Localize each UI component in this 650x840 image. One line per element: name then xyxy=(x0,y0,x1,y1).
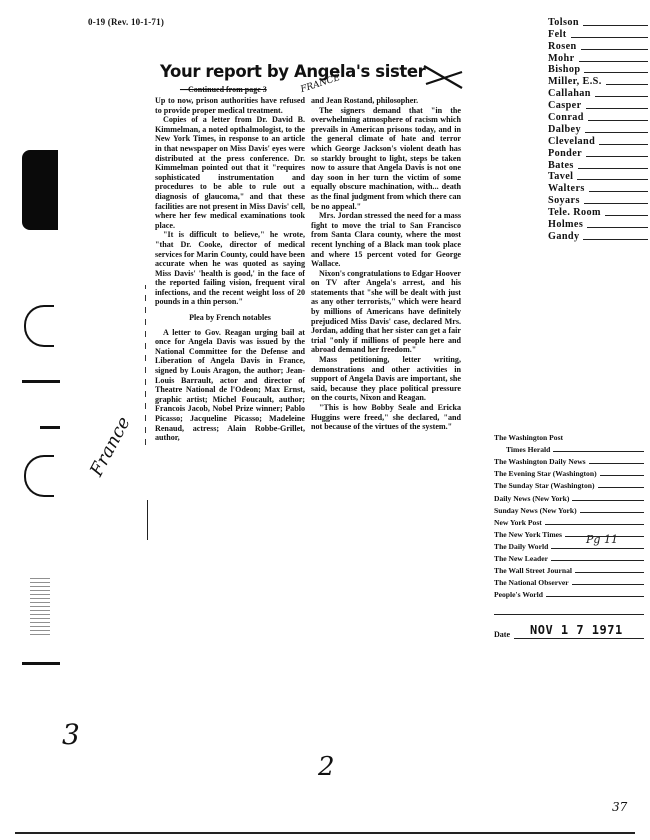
newspaper-name: The Sunday Star (Washington) xyxy=(494,481,595,490)
entry-line xyxy=(583,25,648,26)
newspaper-item: The Wall Street Journal xyxy=(494,563,644,575)
entry-line xyxy=(575,572,644,573)
newspaper-item: Sunday News (New York) xyxy=(494,503,644,515)
routing-name: Tavel xyxy=(548,171,573,182)
article-paragraph: Nixon's congratulations to Edgar Hoover … xyxy=(311,269,461,355)
newspaper-name: The Evening Star (Washington) xyxy=(494,469,597,478)
date-line: NOV 1 7 1971 xyxy=(514,624,644,639)
routing-item: Rosen xyxy=(548,40,648,52)
scan-noise xyxy=(30,575,50,635)
entry-line xyxy=(577,179,648,180)
entry-line xyxy=(581,49,648,50)
newspaper-item: The National Observer xyxy=(494,575,644,587)
routing-name: Holmes xyxy=(548,219,583,230)
entry-line xyxy=(545,524,644,525)
entry-line xyxy=(599,144,648,145)
article-paragraph: The signers demand that "in the overwhel… xyxy=(311,106,461,212)
entry-line xyxy=(600,475,644,476)
article-headline: Your report by Angela's sister xyxy=(160,62,425,81)
entry-line xyxy=(605,215,648,216)
handwritten-number-3: 3 xyxy=(62,718,80,751)
routing-name: Miller, E.S. xyxy=(548,76,602,87)
routing-item: Conrad xyxy=(548,111,648,123)
newspaper-name: The Washington Daily News xyxy=(494,457,586,466)
article-paragraph: Mrs. Jordan stressed the need for a mass… xyxy=(311,211,461,269)
date-label: Date xyxy=(494,630,510,639)
binder-rule xyxy=(40,426,60,429)
binder-rule xyxy=(22,662,60,665)
handwritten-page-note: Pg 11 xyxy=(586,533,618,546)
routing-item: Bates xyxy=(548,159,648,171)
clipping-edge xyxy=(145,285,146,445)
routing-list: TolsonFeltRosenMohrBishopMiller, E.S.Cal… xyxy=(548,16,648,242)
routing-name: Felt xyxy=(548,29,567,40)
routing-item: Miller, E.S. xyxy=(548,75,648,87)
routing-name: Tolson xyxy=(548,17,579,28)
routing-item: Dalbey xyxy=(548,123,648,135)
routing-name: Bates xyxy=(548,160,574,171)
routing-item: Felt xyxy=(548,28,648,40)
entry-line xyxy=(598,487,644,488)
handwritten-number-2: 2 xyxy=(318,752,335,782)
routing-item: Soyars xyxy=(548,194,648,206)
routing-name: Bishop xyxy=(548,64,580,75)
routing-name: Casper xyxy=(548,100,582,111)
newspaper-item: Times Herald xyxy=(494,442,644,454)
entry-line xyxy=(606,84,648,85)
column-2-top-line: and Jean Rostand, philosopher. xyxy=(311,96,461,106)
routing-name: Mohr xyxy=(548,53,575,64)
routing-name: Conrad xyxy=(548,112,584,123)
newspaper-item: The Washington Post xyxy=(494,430,644,442)
newspaper-item: The New York Times xyxy=(494,527,644,539)
routing-name: Cleveland xyxy=(548,136,595,147)
article-subhead: Plea by French notables xyxy=(155,313,305,323)
entry-line xyxy=(589,463,644,464)
routing-name: Walters xyxy=(548,183,585,194)
newspaper-name: The Wall Street Journal xyxy=(494,566,572,575)
newspaper-name: Sunday News (New York) xyxy=(494,506,577,515)
entry-line xyxy=(578,168,648,169)
routing-name: Dalbey xyxy=(548,124,581,135)
routing-item: Holmes xyxy=(548,218,648,230)
entry-line xyxy=(586,156,648,157)
clipping-edge xyxy=(147,500,148,540)
binder-ring-icon xyxy=(24,455,54,497)
routing-item: Walters xyxy=(548,182,648,194)
entry-line xyxy=(572,584,644,585)
entry-line xyxy=(584,203,648,204)
page-bottom-rule xyxy=(15,832,635,834)
entry-line xyxy=(584,72,648,73)
article-paragraph: Mass petitioning, letter writing, demons… xyxy=(311,355,461,403)
newspaper-name: The National Observer xyxy=(494,578,569,587)
routing-name: Callahan xyxy=(548,88,591,99)
newspaper-name: The New York Times xyxy=(494,530,562,539)
article-column-2: and Jean Rostand, philosopher. The signe… xyxy=(311,96,461,432)
article-paragraph: Copies of a letter from Dr. David B. Kim… xyxy=(155,115,305,230)
article-paragraph: "It is difficult to believe," he wrote, … xyxy=(155,230,305,307)
newspaper-item: Daily News (New York) xyxy=(494,490,644,502)
newspaper-name: The New Leader xyxy=(494,554,548,563)
routing-item: Ponder xyxy=(548,147,648,159)
entry-line xyxy=(595,96,648,97)
date-row: Date NOV 1 7 1971 xyxy=(494,624,644,639)
newspaper-item: The Washington Daily News xyxy=(494,454,644,466)
pen-strike-icon xyxy=(422,62,466,92)
binder-ring-icon xyxy=(24,305,54,347)
routing-item: Tele. Room xyxy=(548,206,648,218)
entry-line xyxy=(587,227,648,228)
newspaper-item: The Daily WorldPg 11 xyxy=(494,539,644,551)
routing-item: Tavel xyxy=(548,171,648,183)
form-number: 0-19 (Rev. 10-1-71) xyxy=(88,17,164,27)
entry-line xyxy=(579,61,649,62)
routing-item: Callahan xyxy=(548,87,648,99)
blank-entry-line xyxy=(494,614,644,615)
article-column-1: Up to now, prison authorities have refus… xyxy=(155,96,305,443)
entry-line xyxy=(571,37,648,38)
newspaper-name: New York Post xyxy=(494,518,542,527)
entry-line xyxy=(553,451,644,452)
routing-item: Mohr xyxy=(548,52,648,64)
newspaper-item: The New Leader xyxy=(494,551,644,563)
handwritten-number-37: 37 xyxy=(612,800,627,814)
newspaper-item: People's World xyxy=(494,587,644,599)
routing-name: Ponder xyxy=(548,148,582,159)
newspaper-list: The Washington Post Times Herald The Was… xyxy=(494,430,644,599)
entry-line xyxy=(585,132,648,133)
newspaper-name: People's World xyxy=(494,590,543,599)
newspaper-name: The Daily World xyxy=(494,542,548,551)
routing-item: Tolson xyxy=(548,16,648,28)
entry-line xyxy=(572,500,644,501)
newspaper-item: The Evening Star (Washington) xyxy=(494,466,644,478)
continued-from-label: —Continued from page 3 xyxy=(180,85,267,94)
newspaper-item: New York Post xyxy=(494,515,644,527)
routing-item: Casper xyxy=(548,99,648,111)
routing-item: Cleveland xyxy=(548,135,648,147)
entry-line xyxy=(580,512,644,513)
handwritten-france: France xyxy=(86,413,135,480)
article-paragraph: Up to now, prison authorities have refus… xyxy=(155,96,305,115)
entry-line xyxy=(586,108,648,109)
article-paragraph: A letter to Gov. Reagan urging bail at o… xyxy=(155,328,305,443)
entry-line xyxy=(551,560,644,561)
routing-name: Soyars xyxy=(548,195,580,206)
routing-item: Gandy xyxy=(548,230,648,242)
routing-item: Bishop xyxy=(548,64,648,76)
entry-line xyxy=(589,191,648,192)
scan-binder-shadow xyxy=(22,150,58,230)
newspaper-name: The Washington Post xyxy=(494,433,563,442)
routing-name: Tele. Room xyxy=(548,207,601,218)
entry-line xyxy=(546,596,644,597)
newspaper-name: Times Herald xyxy=(506,445,550,454)
entry-line xyxy=(588,120,648,121)
article-paragraph: "This is how Bobby Seale and Ericka Hugg… xyxy=(311,403,461,432)
entry-line xyxy=(551,548,644,549)
date-stamp: NOV 1 7 1971 xyxy=(530,623,623,637)
routing-name: Gandy xyxy=(548,231,579,242)
newspaper-name: Daily News (New York) xyxy=(494,494,569,503)
routing-name: Rosen xyxy=(548,41,577,52)
entry-line xyxy=(583,239,648,240)
newspaper-item: The Sunday Star (Washington) xyxy=(494,478,644,490)
binder-rule xyxy=(22,380,60,383)
